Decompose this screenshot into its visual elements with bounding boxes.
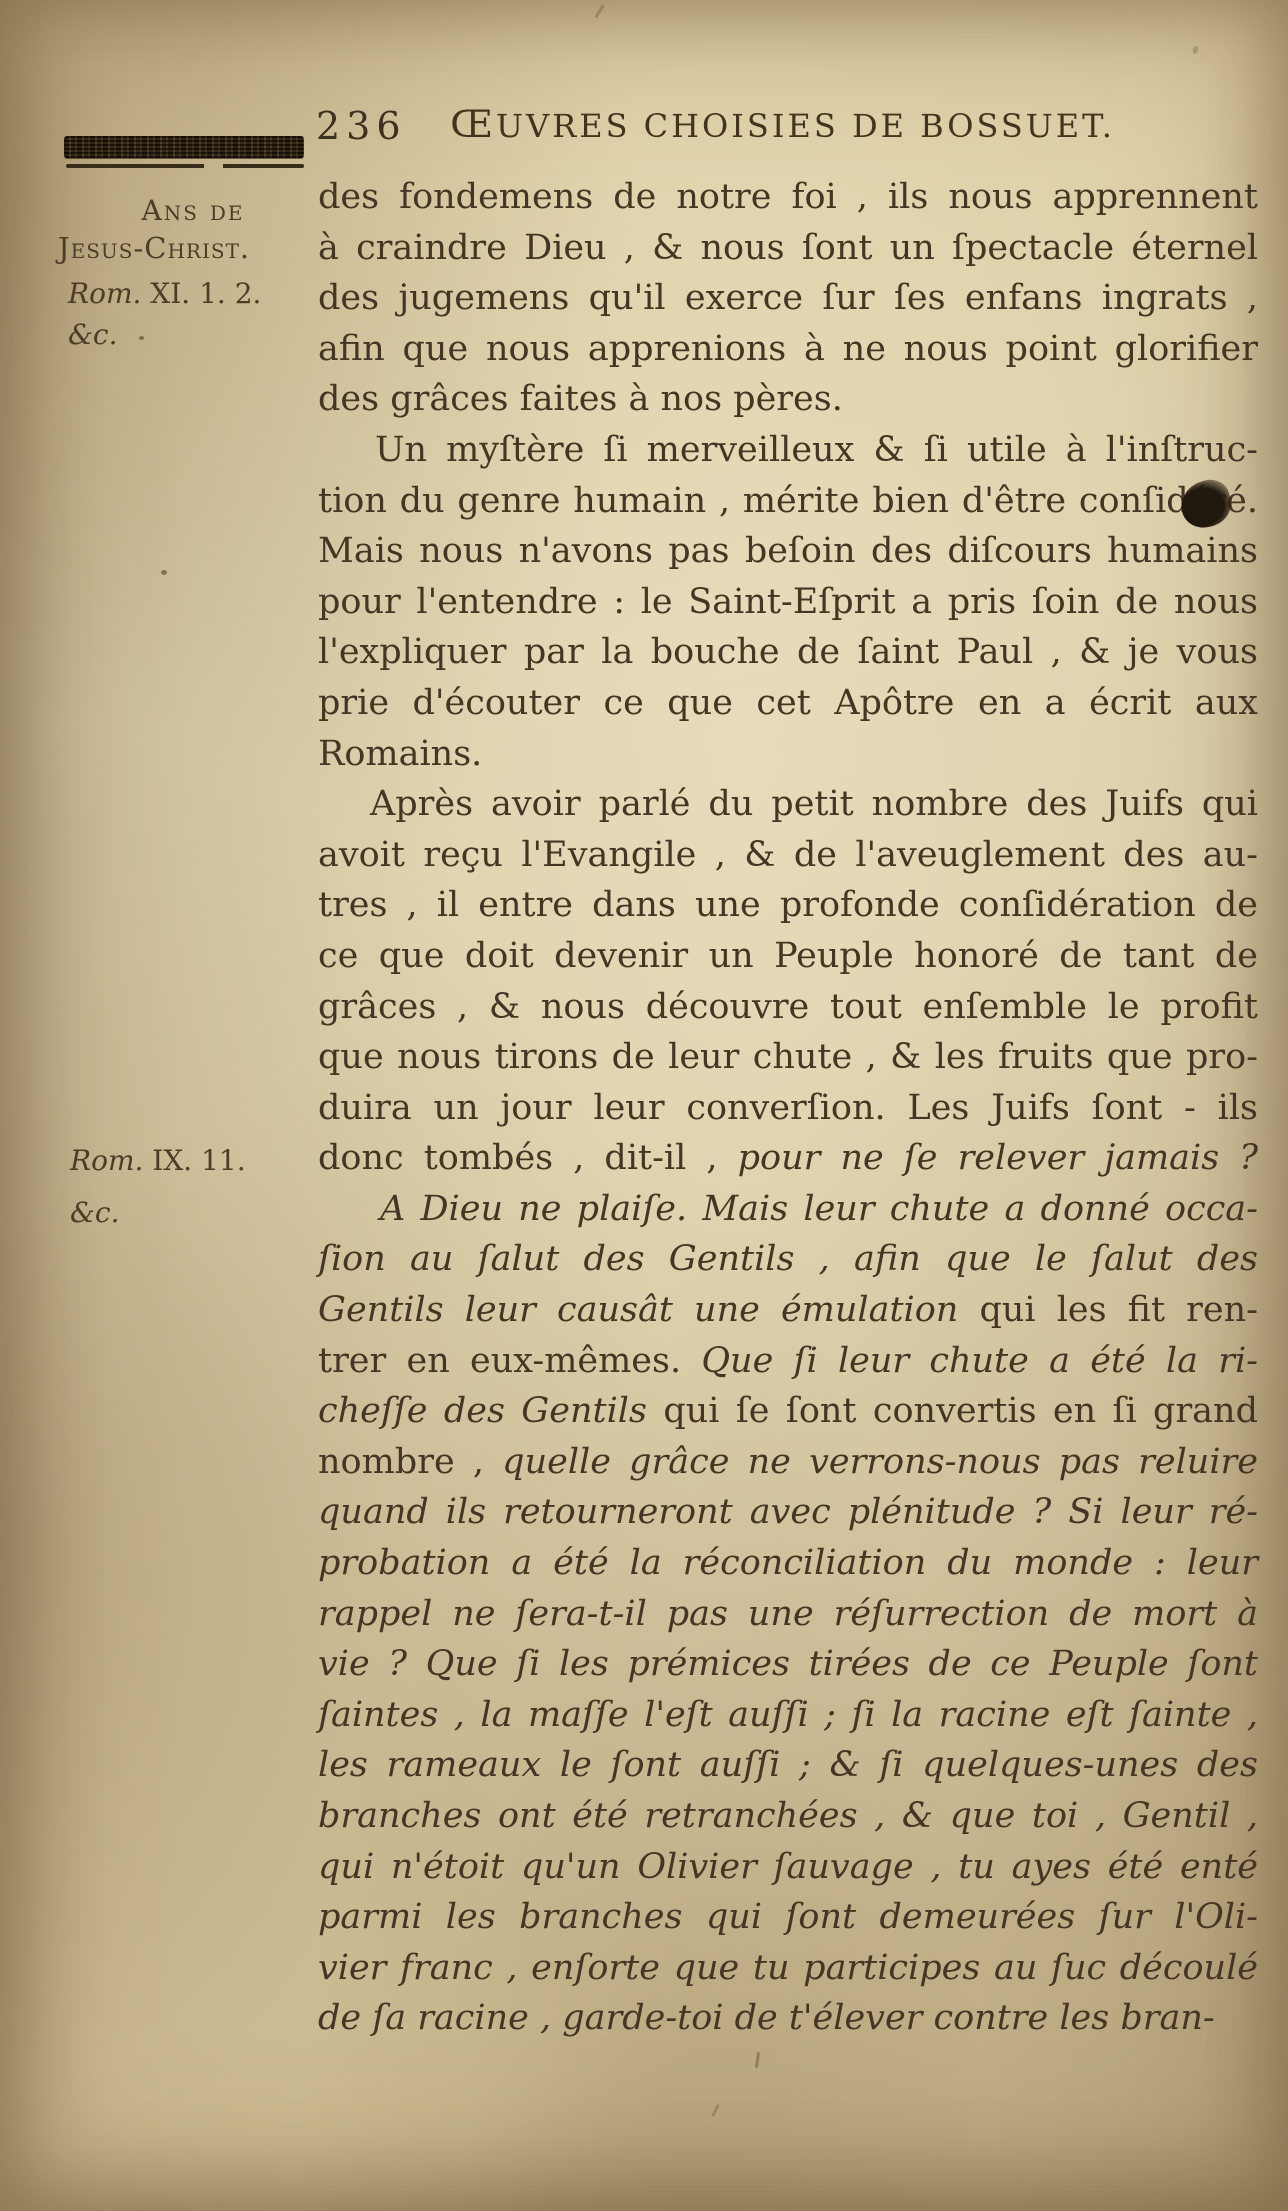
text-segment-italic: vie ? Que ſi les prémices tirées de ce P…: [318, 1644, 1258, 1684]
text-segment: des jugemens qu'il exerce ſur ſes enfans…: [318, 278, 1258, 318]
text-segment-italic: quelle grâce ne verrons-nous pas reluire: [502, 1442, 1258, 1482]
margin-note-verses: IX. 11.: [143, 1144, 245, 1177]
text-segment-italic: branches ont été retranchées , & que toi…: [318, 1796, 1258, 1836]
text-segment: qui ſe ſont convertis en ſi grand: [663, 1391, 1258, 1431]
text-segment: des grâces faites à nos pères.: [318, 379, 843, 419]
body-line: Mais nous n'avons pas beſoin des diſcour…: [318, 526, 1258, 577]
margin-heading-jesus-christ: Jesus-Christ.: [58, 231, 250, 265]
body-line: ſion au ſalut des Gentils , afin que le …: [318, 1234, 1258, 1285]
body-line: Romains.: [318, 729, 1258, 780]
body-line: Après avoir parlé du petit nombre des Ju…: [318, 779, 1258, 830]
text-segment: tion du genre humain , mérite bien d'êtr…: [318, 481, 1189, 521]
text-segment-italic: parmi les branches qui ſont demeurées ſu…: [318, 1897, 1258, 1937]
text-segment: des fondemens de notre foi , ils nous ap…: [318, 177, 1258, 217]
text-segment-italic: Gentils leur causât une émulation: [318, 1290, 958, 1330]
body-line: ce que doit devenir un Peuple honoré de …: [318, 931, 1258, 982]
ink-speck: [755, 2052, 760, 2068]
ink-speck: [711, 2104, 719, 2117]
body-line: duira un jour leur converſion. Les Juifs…: [318, 1083, 1258, 1134]
body-line: des grâces faites à nos pères.: [318, 374, 1258, 425]
body-line: qui n'étoit qu'un Olivier ſauvage , tu a…: [318, 1842, 1258, 1893]
body-line: pour l'entendre : le Saint-Eſprit a pris…: [318, 577, 1258, 628]
body-line: trer en eux-mêmes. Que ſi leur chute a é…: [318, 1336, 1258, 1387]
text-segment: que nous tirons de leur chute , & les fr…: [318, 1037, 1258, 1077]
page-number: 236: [316, 104, 407, 148]
ink-speck: [161, 570, 167, 575]
text-segment: l'expliquer par la bouche de ſaint Paul …: [318, 632, 1258, 672]
body-line: parmi les branches qui ſont demeurées ſu…: [318, 1892, 1258, 1943]
body-line: donc tombés , dit-il , pour ne ſe releve…: [318, 1133, 1258, 1184]
text-segment-italic: de ſa racine , garde-toi de t'élever con…: [318, 1998, 1215, 2038]
text-segment: tres , il entre dans une profonde conſid…: [318, 885, 1258, 925]
text-segment: à craindre Dieu , & nous ſont un ſpectac…: [318, 228, 1258, 268]
text-segment: pour l'entendre : le Saint-Eſprit a pris…: [318, 582, 1258, 622]
body-line: quand ils retourneront avec plénitude ? …: [318, 1487, 1258, 1538]
body-line: des fondemens de notre foi , ils nous ap…: [318, 172, 1258, 223]
text-segment: donc tombés , dit-il ,: [318, 1138, 718, 1178]
body-line: tion du genre humain , mérite bien d'êtr…: [318, 476, 1258, 527]
body-line: Gentils leur causât une émulation qui le…: [318, 1285, 1258, 1336]
body-line: branches ont été retranchées , & que toi…: [318, 1791, 1258, 1842]
body-line: avoit reçu l'Evangile , & de l'aveugleme…: [318, 830, 1258, 881]
text-segment-italic: Que ſi leur chute a été la ri-: [701, 1341, 1258, 1381]
margin-note-book: Rom.: [68, 277, 141, 310]
margin-heading-ans-de: Ans de: [118, 194, 268, 227]
text-segment: prie d'écouter ce que cet Apôtre en a éc…: [318, 683, 1258, 723]
text-segment-italic: vier franc , enſorte que tu participes a…: [318, 1948, 1258, 1988]
text-segment: qui les fit ren-: [958, 1290, 1258, 1330]
text-segment: Mais nous n'avons pas beſoin des diſcour…: [318, 531, 1258, 571]
body-line: cheſſe des Gentils qui ſe ſont convertis…: [318, 1386, 1258, 1437]
text-segment: trer en eux-mêmes.: [318, 1341, 701, 1381]
text-segment-italic: quand ils retourneront avec plénitude ? …: [318, 1492, 1258, 1532]
text-segment: duira un jour leur converſion. Les Juifs…: [318, 1088, 1258, 1128]
body-line: les rameaux le ſont auſſi ; & ſi quelque…: [318, 1740, 1258, 1791]
body-line: l'expliquer par la bouche de ſaint Paul …: [318, 627, 1258, 678]
margin-note-etc-2: &c.: [70, 1196, 120, 1229]
ink-speck: [1192, 45, 1199, 54]
text-segment-italic: ſaintes , la maſſe l'eſt auſſi ; ſi la r…: [318, 1695, 1258, 1735]
text-segment: avoit reçu l'Evangile , & de l'aveugleme…: [318, 835, 1258, 875]
text-segment-italic: rappel ne ſera-t-il pas une réſurrection…: [318, 1594, 1258, 1634]
body-line: prie d'écouter ce que cet Apôtre en a éc…: [318, 678, 1258, 729]
body-line: à craindre Dieu , & nous ſont un ſpectac…: [318, 223, 1258, 274]
text-segment: nombre ,: [318, 1442, 502, 1482]
body-line: Un myſtère ſi merveilleux & ſi utile à l…: [318, 425, 1258, 476]
text-segment-italic: ſion au ſalut des Gentils , afin que le …: [318, 1239, 1258, 1279]
ink-blot: ér: [1189, 481, 1226, 521]
running-header-title: ŒUVRES CHOISIES DE BOSSUET.: [425, 102, 1140, 146]
body-line: vier franc , enſorte que tu participes a…: [318, 1943, 1258, 1994]
body-line: afin que nous apprenions à ne nous point…: [318, 324, 1258, 375]
body-line: que nous tirons de leur chute , & les fr…: [318, 1032, 1258, 1083]
body-line: probation a été la réconciliation du mon…: [318, 1538, 1258, 1589]
text-segment: Romains.: [318, 734, 482, 774]
book-page-scan: 236 ŒUVRES CHOISIES DE BOSSUET. Ans de J…: [0, 0, 1288, 2211]
text-segment: ce que doit devenir un Peuple honoré de …: [318, 936, 1258, 976]
body-line: tres , il entre dans une profonde conſid…: [318, 880, 1258, 931]
body-line: ſaintes , la maſſe l'eſt auſſi ; ſi la r…: [318, 1690, 1258, 1741]
margin-note-etc-1: &c.: [68, 318, 118, 351]
margin-note-rom-ix: Rom. IX. 11.: [70, 1144, 246, 1177]
body-text-column: des fondemens de notre foi , ils nous ap…: [318, 172, 1258, 2044]
body-line: de ſa racine , garde-toi de t'élever con…: [318, 1993, 1258, 2044]
text-segment-italic: cheſſe des Gentils: [318, 1391, 663, 1431]
body-line: rappel ne ſera-t-il pas une réſurrection…: [318, 1589, 1258, 1640]
text-segment: grâces , & nous découvre tout enſemble l…: [318, 987, 1258, 1027]
text-segment-italic: les rameaux le ſont auſſi ; & ſi quelque…: [318, 1745, 1258, 1785]
text-segment-italic: A Dieu ne plaiſe. Mais leur chute a donn…: [380, 1189, 1258, 1229]
body-line: A Dieu ne plaiſe. Mais leur chute a donn…: [318, 1184, 1258, 1235]
ornament-underline: [66, 164, 304, 168]
ink-speck: [594, 4, 604, 18]
text-segment-italic: probation a été la réconciliation du mon…: [318, 1543, 1258, 1583]
text-segment: Un myſtère ſi merveilleux & ſi utile à l…: [375, 430, 1258, 470]
text-segment: afin que nous apprenions à ne nous point…: [318, 329, 1258, 369]
margin-note-book: Rom.: [70, 1144, 143, 1177]
margin-note-verses: XI. 1. 2.: [141, 277, 261, 310]
ornament-rule: [64, 136, 304, 158]
body-line: grâces , & nous découvre tout enſemble l…: [318, 982, 1258, 1033]
text-segment: Après avoir parlé du petit nombre des Ju…: [370, 784, 1258, 824]
text-segment-italic: qui n'étoit qu'un Olivier ſauvage , tu a…: [318, 1847, 1258, 1887]
text-segment-italic: pour ne ſe relever jamais ?: [718, 1138, 1258, 1178]
body-line: vie ? Que ſi les prémices tirées de ce P…: [318, 1639, 1258, 1690]
ink-speck: [139, 336, 144, 340]
body-line: nombre , quelle grâce ne verrons-nous pa…: [318, 1437, 1258, 1488]
body-line: des jugemens qu'il exerce ſur ſes enfans…: [318, 273, 1258, 324]
margin-note-rom-xi: Rom. XI. 1. 2.: [68, 277, 261, 310]
